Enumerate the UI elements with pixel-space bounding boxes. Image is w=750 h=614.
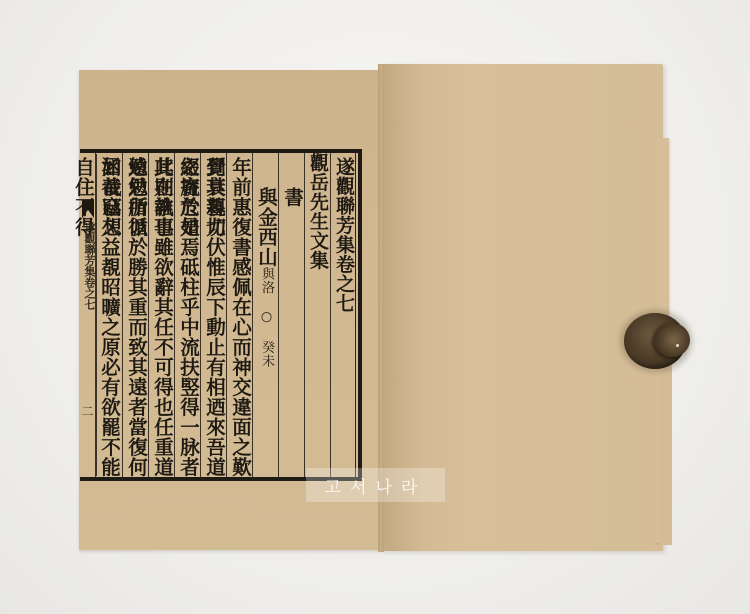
letter-title: 與金西山 (255, 187, 278, 267)
text-column: 綴旒於是焉砥柱乎中流扶竪得一脉者其在誰也 (175, 157, 201, 477)
running-title-column: 遂觀聯芳集卷之七 (331, 157, 357, 313)
text-column: 涵養已久益覩昭曠之原必有欲罷不能自住不得 (96, 157, 122, 477)
letter-note: 與洛 ○ 癸未 (259, 267, 274, 368)
right-page-edge-flap-lower (660, 350, 672, 545)
fold-edge-title: 遂觀聯芳集卷之七 (82, 222, 96, 310)
printed-text-frame: 遂觀聯芳集卷之七 觀岳先生文集 書 與金西山與洛 ○ 癸未 年前惠復書感佩在心而… (80, 149, 362, 481)
section-heading-column: 書 (279, 187, 305, 207)
weight-knob (654, 323, 690, 357)
letter-heading-column: 與金西山與洛 ○ 癸未 (253, 187, 279, 368)
text-column: 覺其親切伏惟辰下動止有相迺來吾道之寄危如 (201, 157, 227, 477)
text-column: 此則執事雖欲辭其任不可得也任重道遠思所以 (149, 157, 175, 477)
watermark: 고서나라 (306, 468, 445, 502)
text-column: 勉勉循循於勝其重而致其遠者當復何如哉竊想 (123, 157, 149, 477)
text-column: 年前惠復書感佩在心而神交違面之歎到衰暮尤 (227, 157, 253, 477)
book-title-column: 觀岳先生文集 (305, 153, 331, 270)
fold-edge-page-number: 二 (82, 405, 96, 417)
